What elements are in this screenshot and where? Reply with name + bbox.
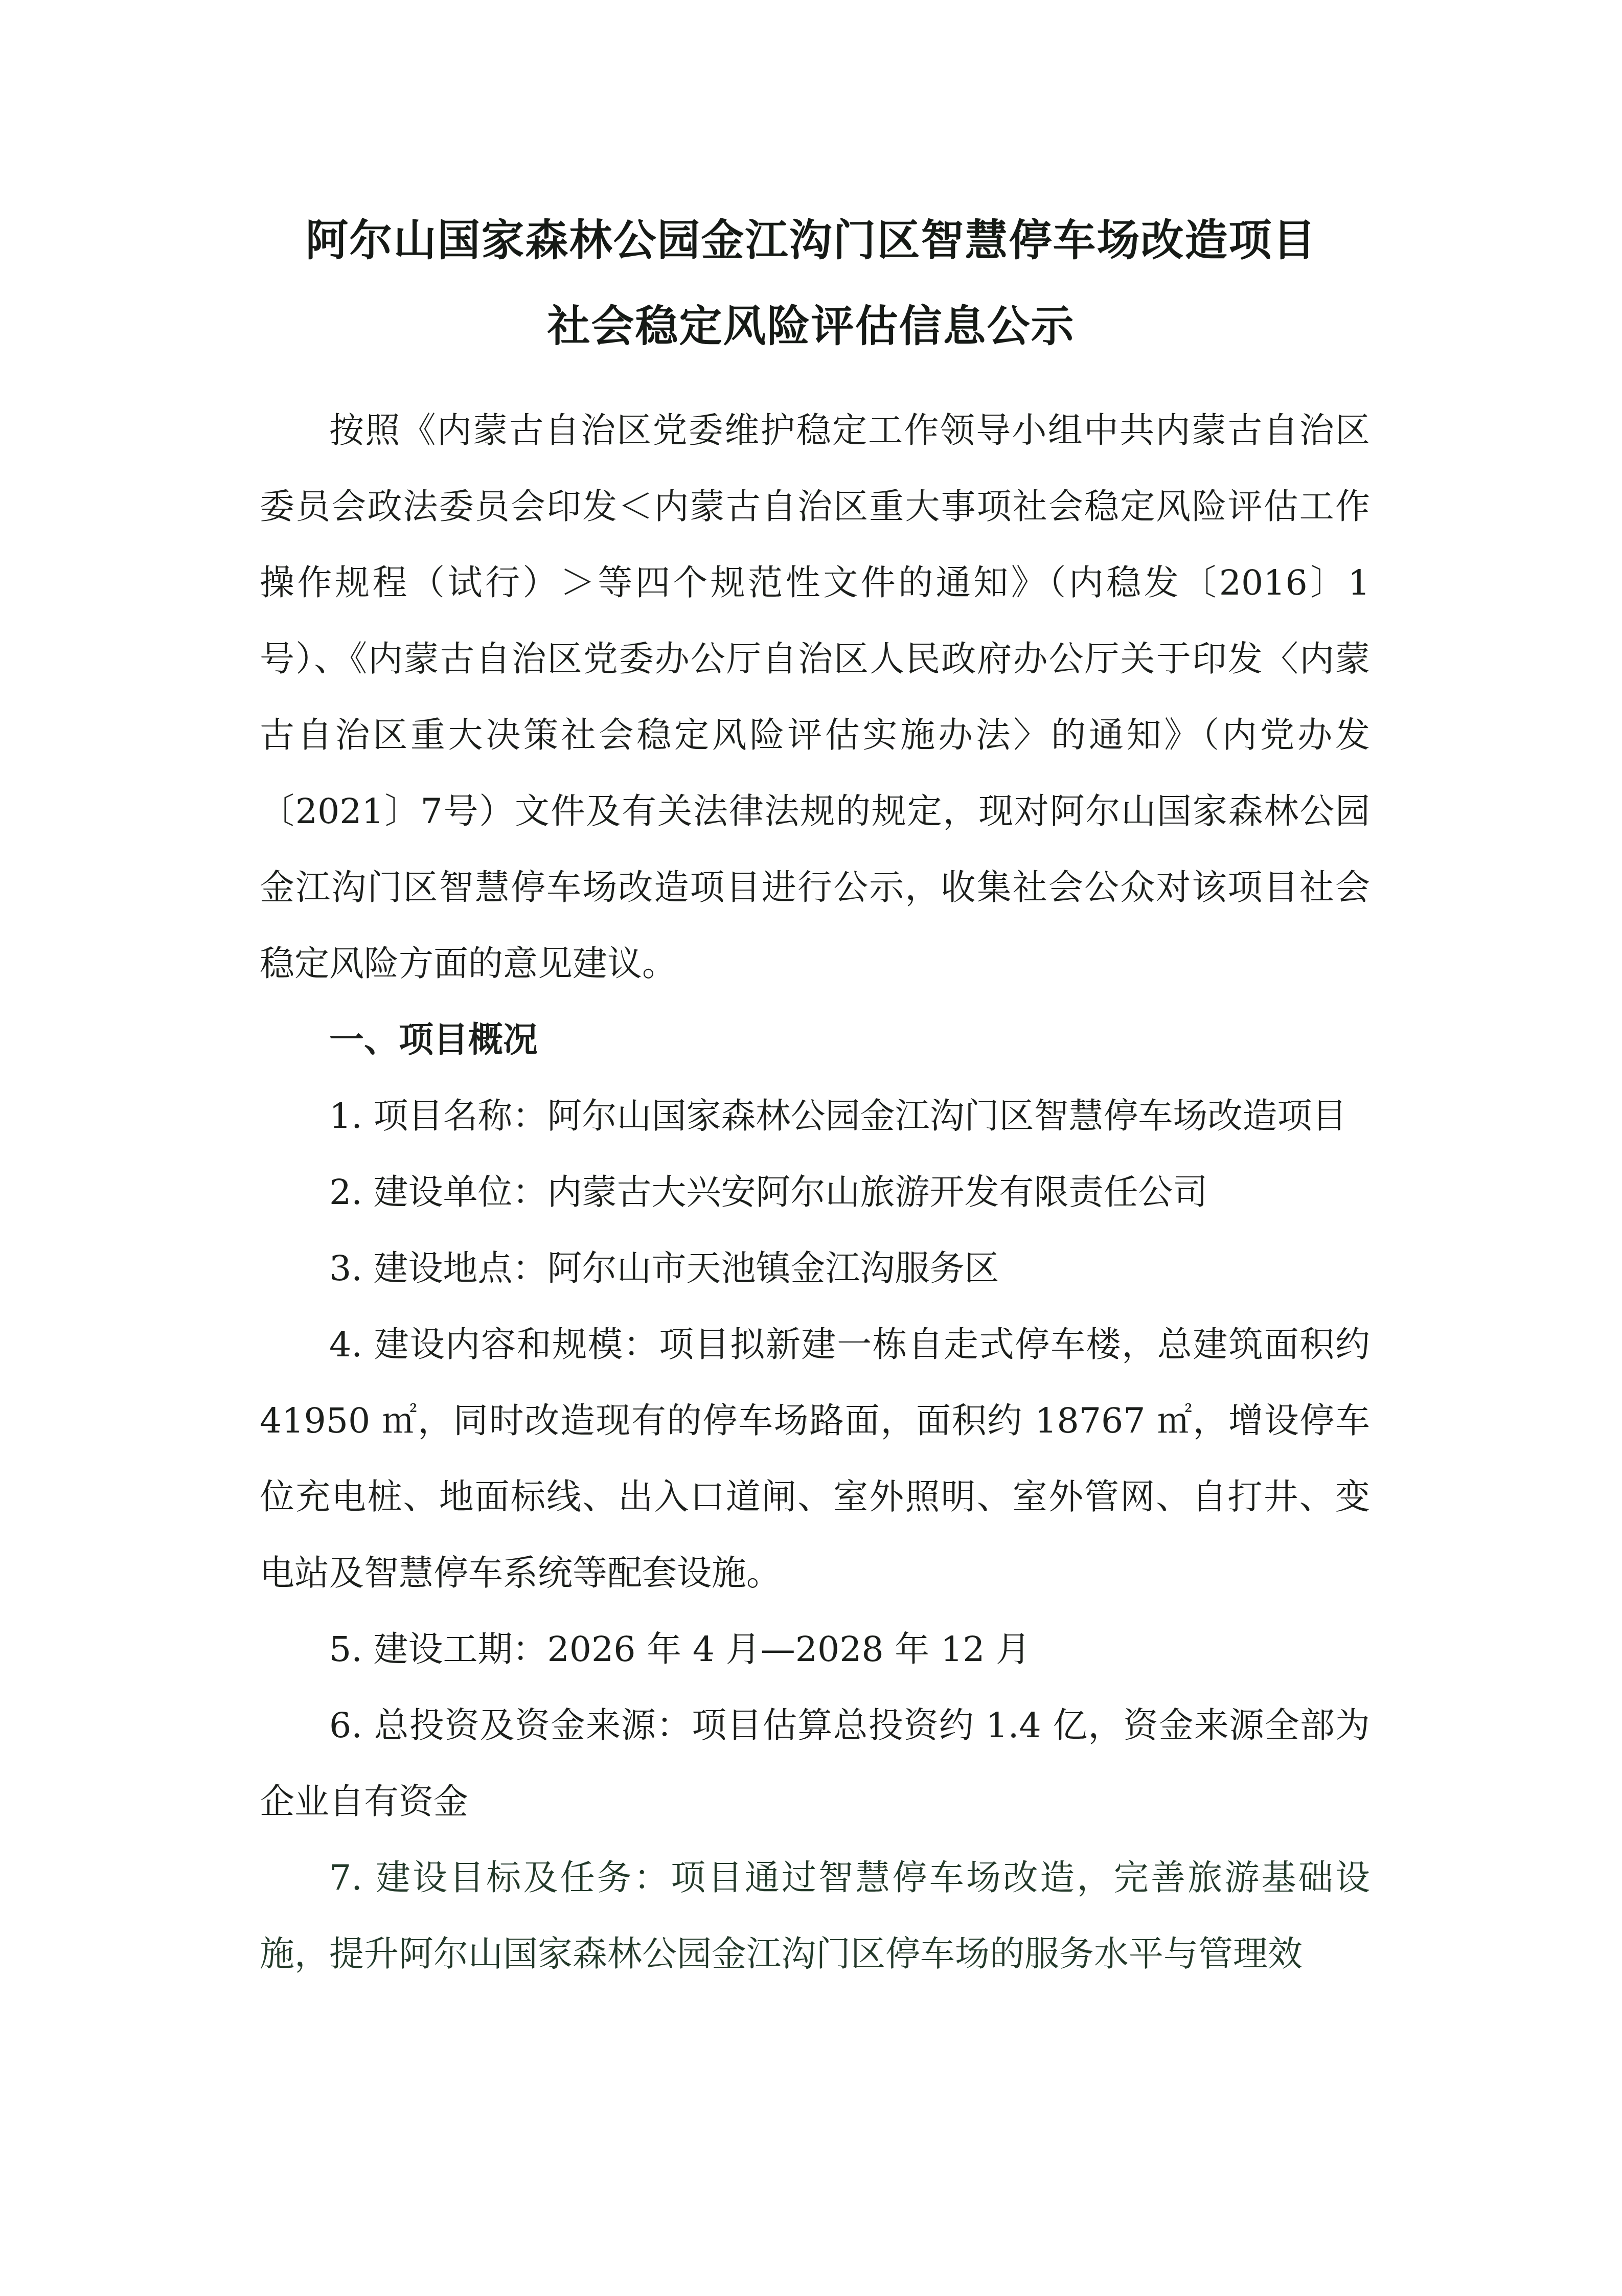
item-label: 2. 建设单位：	[329, 1172, 547, 1213]
document-title-line-2: 社会稳定风险评估信息公示	[0, 301, 1622, 352]
item-text: 内蒙古大兴安阿尔山旅游开发有限责任公司	[547, 1172, 1208, 1213]
item-label: 5. 建设工期：	[329, 1629, 547, 1670]
item-investment: 6. 总投资及资金来源：项目估算总投资约 1.4 亿，资金来源全部为企业自有资金	[260, 1688, 1370, 1840]
item-construction-period: 5. 建设工期：2026 年 4 月—2028 年 12 月	[260, 1611, 1370, 1688]
item-label: 1. 项目名称：	[329, 1096, 547, 1136]
item-project-name: 1. 项目名称：阿尔山国家森林公园金江沟门区智慧停车场改造项目	[260, 1078, 1370, 1154]
item-goals-tasks: 7. 建设目标及任务：项目通过智慧停车场改造，完善旅游基础设施，提升阿尔山国家森…	[260, 1840, 1370, 1992]
item-label: 6. 总投资及资金来源：	[329, 1706, 692, 1746]
item-text: 2026 年 4 月—2028 年 12 月	[547, 1629, 1031, 1670]
intro-paragraph: 按照《内蒙古自治区党委维护稳定工作领导小组中共内蒙古自治区委员会政法委员会印发＜…	[260, 393, 1370, 1002]
document-body: 按照《内蒙古自治区党委维护稳定工作领导小组中共内蒙古自治区委员会政法委员会印发＜…	[260, 393, 1370, 1992]
section-heading-project-overview: 一、项目概况	[260, 1002, 1370, 1078]
item-construction-unit: 2. 建设单位：内蒙古大兴安阿尔山旅游开发有限责任公司	[260, 1154, 1370, 1231]
item-text: 阿尔山国家森林公园金江沟门区智慧停车场改造项目	[547, 1096, 1347, 1136]
item-label: 7. 建设目标及任务：	[329, 1858, 671, 1898]
document-page: 阿尔山国家森林公园金江沟门区智慧停车场改造项目 社会稳定风险评估信息公示 按照《…	[0, 0, 1622, 2296]
item-label: 4. 建设内容和规模：	[329, 1325, 659, 1365]
item-label: 3. 建设地点：	[329, 1248, 547, 1289]
item-content-scale: 4. 建设内容和规模：项目拟新建一栋自走式停车楼，总建筑面积约 41950 ㎡，…	[260, 1307, 1370, 1611]
document-title-line-1: 阿尔山国家森林公园金江沟门区智慧停车场改造项目	[0, 215, 1622, 266]
item-text: 阿尔山市天池镇金江沟服务区	[547, 1248, 999, 1289]
item-construction-site: 3. 建设地点：阿尔山市天池镇金江沟服务区	[260, 1231, 1370, 1307]
